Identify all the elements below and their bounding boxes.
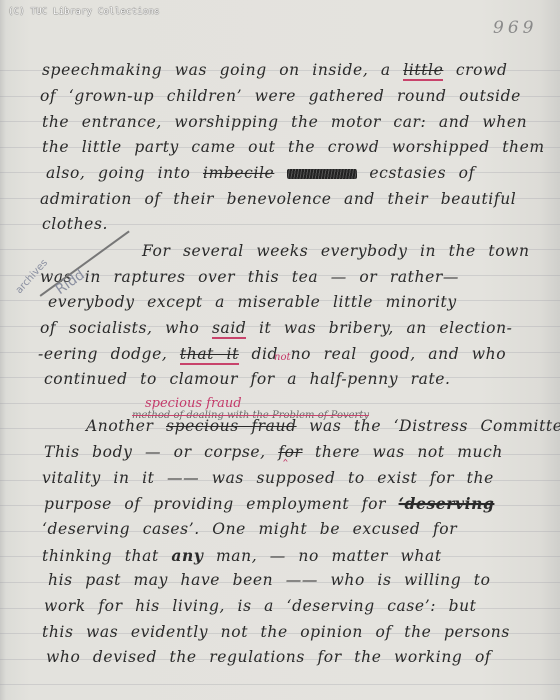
text-run: man, — no matter what: [203, 547, 441, 565]
manuscript-line: speechmaking was going on inside, a litt…: [42, 61, 508, 79]
manuscript-page: (C) TUC Library Collections 969 speechma…: [0, 0, 560, 700]
text-run: there was not much: [303, 443, 503, 461]
text-run: the entrance, worshipping the motor car:…: [42, 113, 527, 131]
ruled-line: [0, 684, 560, 685]
insertion-caret-mark: ‸: [283, 446, 288, 462]
edit-scribble: xxxxxxxx: [287, 169, 357, 179]
manuscript-line: vitality in it —— was supposed to exist …: [42, 469, 494, 487]
edit-ul-red: said: [212, 319, 246, 339]
edit-strike: imbecile: [203, 164, 274, 182]
text-run: thinking that: [42, 547, 171, 565]
text-run: it was bribery, an election-: [246, 319, 512, 337]
manuscript-line: this was evidently not the opinion of th…: [42, 623, 510, 641]
edit-strike-scribble: ‘deserving: [399, 494, 495, 513]
text-run: ‘deserving cases’. One might be excused …: [42, 520, 457, 538]
insertion-not: not: [274, 352, 290, 363]
ruled-line: [0, 403, 560, 404]
edit-strike: for: [278, 443, 302, 461]
text-run: [274, 164, 287, 182]
manuscript-line: everybody except a miserable little mino…: [48, 293, 457, 311]
text-run: of ‘grown-up children’ were gathered rou…: [40, 87, 521, 105]
manuscript-line: his past may have been —— who is willing…: [48, 571, 491, 589]
manuscript-line: clothes.: [42, 215, 108, 233]
manuscript-line: -eering dodge, that it did no real good,…: [38, 345, 506, 363]
text-run: continued to clamour for a half-penny ra…: [44, 370, 451, 388]
text-run: his past may have been —— who is willing…: [48, 571, 491, 589]
text-run: was in raptures over this tea — or rathe…: [40, 268, 459, 286]
text-run: admiration of their benevolence and thei…: [40, 190, 516, 208]
text-run: speechmaking was going on inside, a: [42, 61, 403, 79]
text-run: vitality in it —— was supposed to exist …: [42, 469, 494, 487]
manuscript-line: ‘deserving cases’. One might be excused …: [42, 520, 457, 538]
manuscript-line: This body — or corpse, for there was not…: [44, 443, 503, 461]
manuscript-line: continued to clamour for a half-penny ra…: [44, 370, 451, 388]
manuscript-line: of ‘grown-up children’ were gathered rou…: [40, 87, 521, 105]
manuscript-line: thinking that any man, — no matter what: [42, 546, 442, 565]
text-run: also, going into: [46, 164, 203, 182]
copyright-watermark: (C) TUC Library Collections: [8, 7, 160, 17]
text-run: purpose of providing employment for: [44, 495, 399, 513]
edit-overwrite: any: [171, 546, 203, 565]
manuscript-line: the entrance, worshipping the motor car:…: [42, 113, 527, 131]
text-run: work for his living, is a ‘deserving cas…: [44, 597, 477, 615]
manuscript-line: of socialists, who said it was bribery, …: [40, 319, 513, 337]
text-run: -eering dodge,: [38, 345, 180, 363]
text-run: who devised the regulations for the work…: [46, 648, 491, 666]
edit-strike-ul-red: that it: [180, 345, 239, 365]
text-run: everybody except a miserable little mino…: [48, 293, 457, 311]
manuscript-line: purpose of providing employment for ‘des…: [44, 494, 494, 513]
insertion-specious-fraud: specious fraud: [145, 396, 242, 411]
manuscript-line: admiration of their benevolence and thei…: [40, 190, 516, 208]
text-run: clothes.: [42, 215, 108, 233]
manuscript-line: was in raptures over this tea — or rathe…: [40, 268, 459, 286]
manuscript-line: For several weeks everybody in the town: [142, 242, 530, 260]
manuscript-line: the little party came out the crowd wors…: [42, 138, 545, 156]
manuscript-line: work for his living, is a ‘deserving cas…: [44, 597, 477, 615]
edit-strike-ul-red: little: [403, 61, 443, 81]
manuscript-line: who devised the regulations for the work…: [46, 648, 491, 666]
struck-insertion-method: method of dealing with the Problem of Po…: [132, 410, 369, 421]
folio-number: 969: [493, 18, 537, 38]
text-run: crowd: [443, 61, 507, 79]
text-run: this was evidently not the opinion of th…: [42, 623, 510, 641]
text-run: ecstasies of: [357, 164, 475, 182]
manuscript-line: also, going into imbecile xxxxxxxx ecsta…: [46, 164, 475, 182]
text-run: the little party came out the crowd wors…: [42, 138, 545, 156]
text-run: For several weeks everybody in the town: [142, 242, 530, 260]
text-run: of socialists, who: [40, 319, 212, 337]
text-run: This body — or corpse,: [44, 443, 278, 461]
